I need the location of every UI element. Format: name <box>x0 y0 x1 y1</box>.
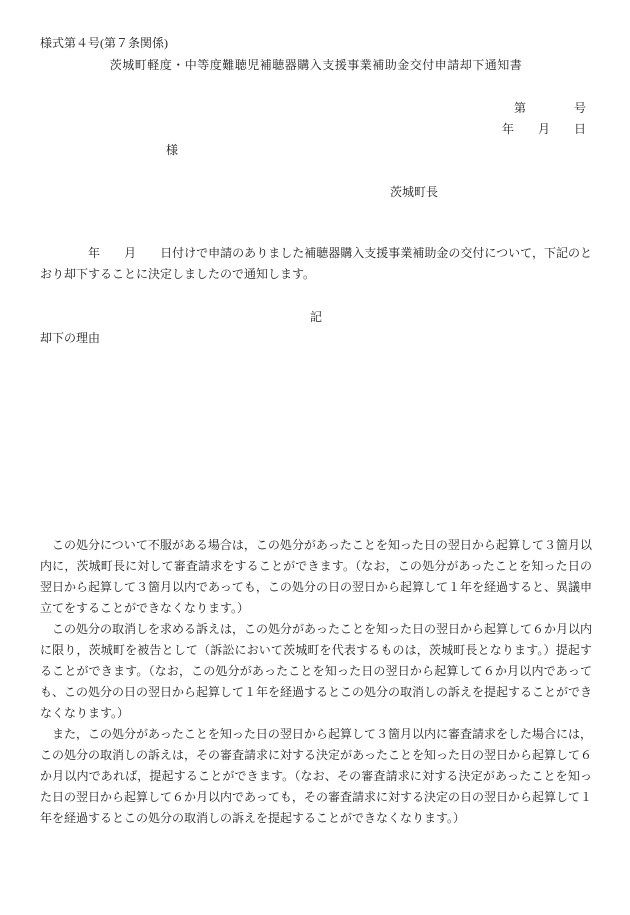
notification-body: 年 月 日付けで申請のありました補聴器購入支援事業補助金の交付について，下記のと… <box>40 243 592 285</box>
sender-title: 茨城町長 <box>40 182 592 203</box>
issue-date-blank-line: 年 月 日 <box>40 119 592 140</box>
document-page: 様式第４号(第７条関係) 茨城町軽度・中等度難聴児補聴器購入支援事業補助金交付申… <box>0 0 630 915</box>
addressee-honorific: 様 <box>40 140 592 161</box>
form-number-label: 様式第４号(第７条関係) <box>40 33 592 54</box>
document-title: 茨城町軽度・中等度難聴児補聴器購入支援事業補助金交付申請却下通知書 <box>40 55 592 76</box>
doc-number-blank-line: 第 号 <box>40 98 592 119</box>
appeal-note-paragraph: この処分について不服がある場合は，この処分があったことを知った日の翌日から起算し… <box>40 535 592 619</box>
lawsuit-note-paragraph: この処分の取消しを求める訴えは，この処分があったことを知った日の翌日から起算して… <box>40 619 592 724</box>
review-request-note-paragraph: また，この処分があったことを知った日の翌日から起算して３箇月以内に審査請求をした… <box>40 724 592 829</box>
appeal-notes-block: この処分について不服がある場合は，この処分があったことを知った日の翌日から起算し… <box>40 535 592 829</box>
ki-heading: 記 <box>40 307 592 328</box>
rejection-reason-label: 却下の理由 <box>40 328 592 349</box>
